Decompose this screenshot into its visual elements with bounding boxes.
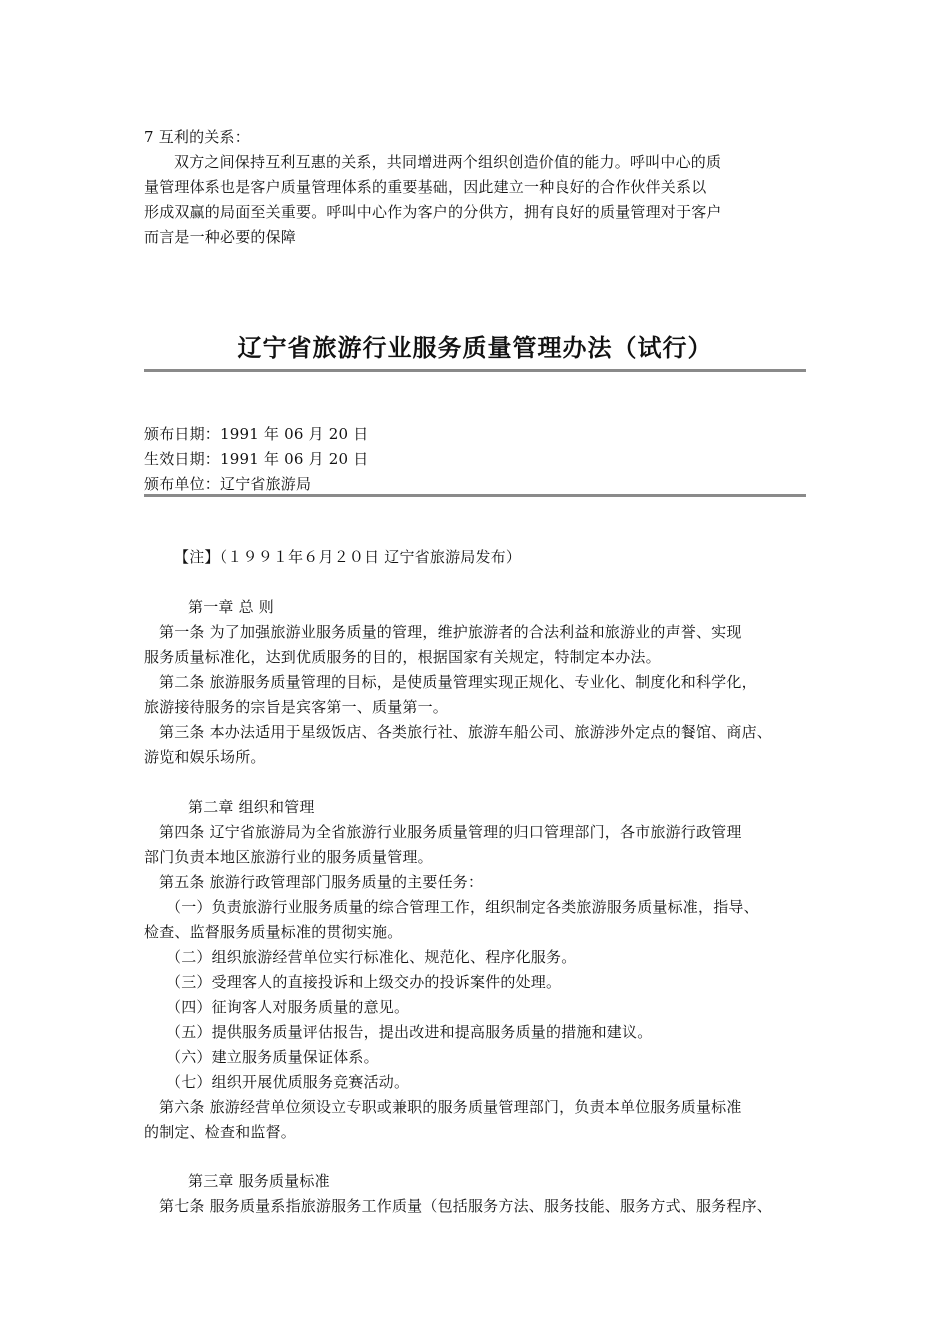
chapter-heading: 第二章 组织和管理 <box>144 797 315 817</box>
title-divider <box>144 369 806 372</box>
list-item: （六）建立服务质量保证体系。 <box>144 1047 379 1067</box>
article-line: 第五条 旅游行政管理部门服务质量的主要任务： <box>144 872 483 892</box>
effective-date: 生效日期：1991 年 06 月 20 日 <box>144 449 368 469</box>
paragraph-line: 而言是一种必要的保障 <box>144 227 296 247</box>
article-line: 的制定、检查和监督。 <box>144 1122 296 1142</box>
chapter-heading: 第一章 总 则 <box>144 597 274 617</box>
list-item: （四）征询客人对服务质量的意见。 <box>144 997 409 1017</box>
issued-date: 颁布日期：1991 年 06 月 20 日 <box>144 424 368 444</box>
article-line: 第六条 旅游经营单位须设立专职或兼职的服务质量管理部门，负责本单位服务质量标准 <box>144 1097 742 1117</box>
list-item: （一）负责旅游行业服务质量的综合管理工作，组织制定各类旅游服务质量标准，指导、 <box>144 897 759 917</box>
publication-note: 【注】（１９９１年６月２０日 辽宁省旅游局发布） <box>144 547 521 567</box>
article-line: 第二条 旅游服务质量管理的目标，是使质量管理实现正规化、专业化、制度化和科学化， <box>144 672 757 692</box>
list-item: （三）受理客人的直接投诉和上级交办的投诉案件的处理。 <box>144 972 561 992</box>
chapter-heading: 第三章 服务质量标准 <box>144 1171 330 1191</box>
article-line: 旅游接待服务的宗旨是宾客第一、质量第一。 <box>144 697 448 717</box>
list-item: （七）组织开展优质服务竞赛活动。 <box>144 1072 409 1092</box>
article-line: 第七条 服务质量系指旅游服务工作质量（包括服务方法、服务技能、服务方式、服务程序… <box>144 1196 772 1216</box>
article-line: 第一条 为了加强旅游业服务质量的管理，维护旅游者的合法利益和旅游业的声誉、实现 <box>144 622 742 642</box>
article-line: 第四条 辽宁省旅游局为全省旅游行业服务质量管理的归口管理部门，各市旅游行政管理 <box>144 822 742 842</box>
list-item-continued: 检查、监督服务质量标准的贯彻实施。 <box>144 922 402 942</box>
section-heading: 7 互利的关系： <box>144 127 250 147</box>
issuer: 颁布单位：辽宁省旅游局 <box>144 474 311 494</box>
article-line: 服务质量标准化，达到优质服务的目的，根据国家有关规定，特制定本办法。 <box>144 647 661 667</box>
article-line: 游览和娱乐场所。 <box>144 747 266 767</box>
paragraph-line: 量管理体系也是客户质量管理体系的重要基础，因此建立一种良好的合作伙伴关系以 <box>144 177 706 197</box>
meta-divider <box>144 494 806 497</box>
article-line: 第三条 本办法适用于星级饭店、各类旅行社、旅游车船公司、旅游涉外定点的餐馆、商店… <box>144 722 772 742</box>
paragraph-line: 双方之间保持互利互惠的关系，共同增进两个组织创造价值的能力。呼叫中心的质 <box>144 152 721 172</box>
list-item: （五）提供服务质量评估报告，提出改进和提高服务质量的措施和建议。 <box>144 1022 652 1042</box>
list-item: （二）组织旅游经营单位实行标准化、规范化、程序化服务。 <box>144 947 576 967</box>
paragraph-line: 形成双赢的局面至关重要。呼叫中心作为客户的分供方，拥有良好的质量管理对于客户 <box>144 202 722 222</box>
article-line: 部门负责本地区旅游行业的服务质量管理。 <box>144 847 433 867</box>
document-title: 辽宁省旅游行业服务质量管理办法（试行） <box>144 333 806 363</box>
